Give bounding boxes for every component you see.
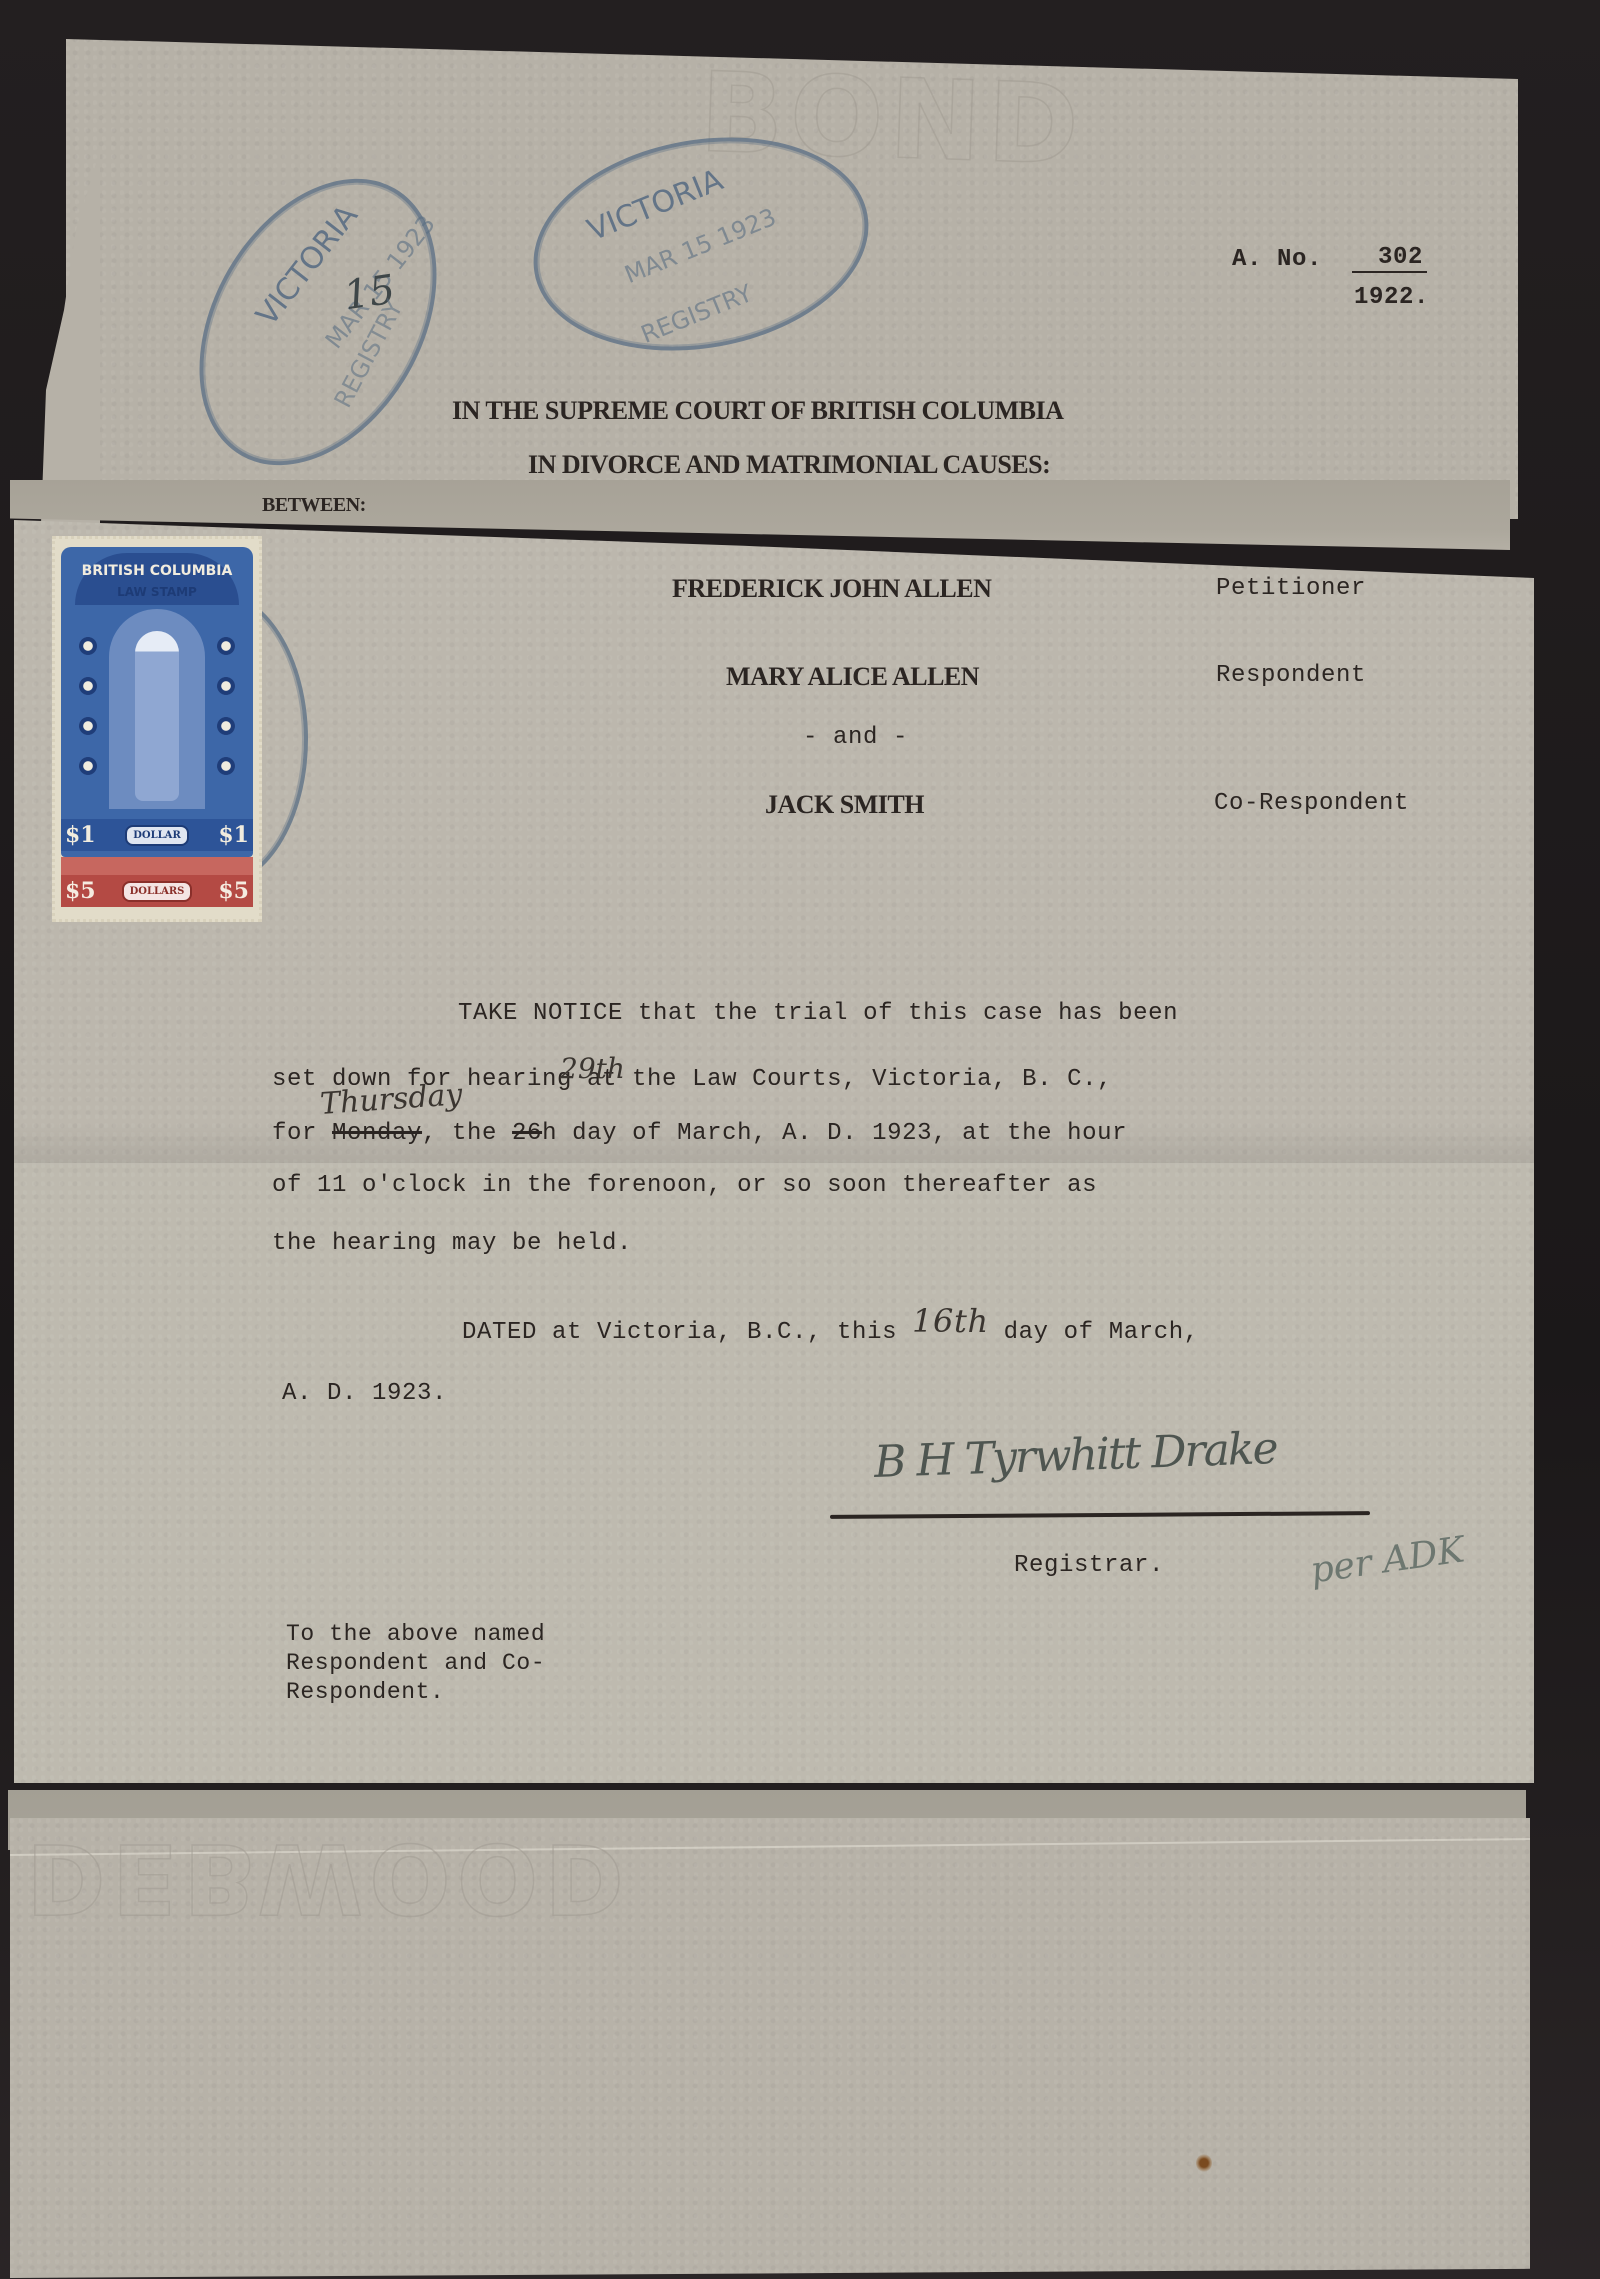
rosette-icon (217, 637, 235, 655)
rosette-icon (79, 717, 97, 735)
petitioner-role: Petitioner (1216, 575, 1366, 602)
rosette-icon (79, 637, 97, 655)
notice-line-5: the hearing may be held. (272, 1230, 632, 1257)
rust-spot (1196, 2154, 1212, 2172)
law-stamp-upper-value: $1 DOLLAR $1 (61, 819, 253, 851)
rosette-icon (217, 717, 235, 735)
handwritten-date-correction: 29th (560, 1052, 625, 1085)
case-number-prefix: A. No. (1232, 246, 1322, 273)
addressee-line-2: Respondent and Co- (286, 1649, 545, 1678)
case-year: 1922. (1354, 284, 1429, 311)
case-number: 302 (1352, 244, 1427, 273)
fold-line (14, 1163, 1534, 1165)
notice-line-1: TAKE NOTICE that the trial of this case … (458, 1000, 1178, 1027)
law-stamp-heading: BRITISH COLUMBIA (61, 563, 253, 579)
respondent-role: Respondent (1216, 662, 1366, 689)
struck-day: Monday (332, 1120, 422, 1147)
value-right: $1 (214, 822, 253, 848)
dated-line: DATED at Victoria, B.C., this 16th day o… (462, 1308, 1199, 1346)
co-respondent-name: JACK SMITH (765, 790, 924, 820)
addressee-line-3: Respondent. (286, 1678, 545, 1707)
law-stamp-red-ornament (61, 857, 253, 875)
value-left: $5 (61, 878, 100, 904)
rosette-icon (79, 677, 97, 695)
rosette-icon (217, 757, 235, 775)
notice-line-4: of 11 o'clock in the forenoon, or so soo… (272, 1172, 1097, 1199)
court-title: IN THE SUPREME COURT OF BRITISH COLUMBIA (452, 396, 1063, 426)
addressee-line-1: To the above named (286, 1620, 545, 1649)
co-respondent-role: Co-Respondent (1214, 790, 1409, 817)
law-stamp-lower-value: $5 DOLLARS $5 (61, 875, 253, 907)
court-subtitle: IN DIVORCE AND MATRIMONIAL CAUSES: (528, 450, 1050, 480)
justice-figure-icon (135, 631, 179, 801)
struck-date: 26 (512, 1120, 542, 1147)
law-stamp: BRITISH COLUMBIA LAW STAMP $1 DOLLAR $1 … (52, 536, 262, 922)
value-right: $5 (214, 878, 253, 904)
value-word: DOLLAR (125, 825, 189, 846)
law-stamp-subheading: LAW STAMP (61, 585, 253, 599)
rosette-icon (217, 677, 235, 695)
value-left: $1 (61, 822, 100, 848)
dated-post: day of March, (989, 1319, 1199, 1346)
value-word: DOLLARS (122, 881, 193, 902)
registrar-title: Registrar. (1014, 1552, 1164, 1579)
respondent-name: MARY ALICE ALLEN (726, 662, 979, 692)
and-separator: - and - (803, 724, 908, 751)
notice-line-3-mid: , the (422, 1120, 512, 1147)
notice-line-3: for Monday, the 26h day of March, A. D. … (272, 1120, 1127, 1147)
document-page: BOND DEBWOOD VICTORIA MAR 15 1923 15 REG… (0, 0, 1600, 2279)
watermark-bottom: DEBWOOD (26, 1822, 630, 1934)
petitioner-name: FREDERICK JOHN ALLEN (672, 574, 991, 604)
handwritten-dated-day: 16th (912, 1302, 989, 1340)
dated-year: A. D. 1923. (282, 1380, 447, 1407)
law-stamp-blue-section: BRITISH COLUMBIA LAW STAMP (61, 547, 253, 857)
dated-pre: DATED at Victoria, B.C., this (462, 1319, 912, 1346)
between-label: BETWEEN: (262, 494, 366, 517)
notice-line-3-post: h day of March, A. D. 1923, at the hour (542, 1120, 1127, 1147)
addressee-block: To the above namedRespondent and Co-Resp… (286, 1620, 545, 1707)
rosette-icon (79, 757, 97, 775)
paper-panel-lower (14, 1163, 1534, 1783)
notice-line-3-pre: for (272, 1120, 332, 1147)
